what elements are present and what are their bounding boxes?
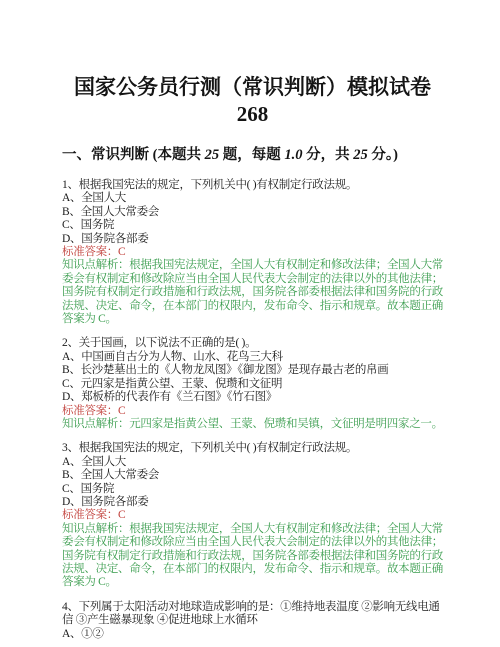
option-d: D、郑板桥的代表作有《兰石图》《竹石图》 — [62, 391, 443, 404]
question-text: 关于国画，以下说法不正确的是( )。 — [79, 337, 257, 349]
question-1: 1、根据我国宪法的规定，下列机关中( )有权制定行政法规。 A、全国人大 B、全… — [62, 179, 443, 326]
option-a: A、中国画自古分为人物、山水、花鸟三大科 — [62, 351, 443, 364]
question-stem: 1、根据我国宪法的规定，下列机关中( )有权制定行政法规。 — [62, 179, 443, 192]
option-c: C、国务院 — [62, 219, 443, 232]
option-a: A、全国人大 — [62, 456, 443, 469]
option-b: B、全国人大常委会 — [62, 206, 443, 219]
question-text: 下列属于太阳活动对地球造成影响的是：①维持地表温度 ②影响无线电通信 ③产生磁暴… — [62, 601, 440, 626]
section-paren-open: (本题共 — [149, 147, 205, 163]
exam-number: 268 — [62, 101, 443, 128]
standard-answer: 标准答案：C — [62, 509, 443, 522]
section-total-points: 25 — [353, 147, 368, 163]
option-d: D、国务院各部委 — [62, 496, 443, 509]
section-name: 一、常识判断 — [62, 147, 149, 163]
section-heading: 一、常识判断 (本题共 25 题，每题 1.0 分，共 25 分。) — [62, 147, 443, 164]
option-d: D、国务院各部委 — [62, 233, 443, 246]
section-question-count: 25 — [205, 147, 220, 163]
exam-title-line1: 国家公务员行测（常识判断）模拟试卷 — [62, 74, 443, 101]
section-suffix: 分。) — [368, 147, 398, 163]
option-a: A、全国人大 — [62, 192, 443, 205]
exam-title: 国家公务员行测（常识判断）模拟试卷 268 — [62, 74, 443, 128]
question-stem: 2、关于国画，以下说法不正确的是( )。 — [62, 337, 443, 350]
section-mid2: 分，共 — [302, 147, 353, 163]
section-points-each: 1.0 — [284, 147, 302, 163]
question-number: 1、 — [62, 179, 79, 191]
option-c: C、国务院 — [62, 483, 443, 496]
question-stem: 3、根据我国宪法的规定，下列机关中( )有权制定行政法规。 — [62, 442, 443, 455]
analysis: 知识点解析：根据我国宪法规定，全国人大有权制定和修改法律；全国人大常委会有权制定… — [62, 523, 443, 590]
question-number: 2、 — [62, 337, 79, 349]
option-b: B、长沙楚墓出土的《人物龙凤图》《御龙图》是现存最古老的帛画 — [62, 364, 443, 377]
question-3: 3、根据我国宪法的规定，下列机关中( )有权制定行政法规。 A、全国人大 B、全… — [62, 442, 443, 589]
question-number: 3、 — [62, 442, 79, 454]
question-text: 根据我国宪法的规定，下列机关中( )有权制定行政法规。 — [79, 179, 357, 191]
standard-answer: 标准答案：C — [62, 405, 443, 418]
question-4: 4、下列属于太阳活动对地球造成影响的是：①维持地表温度 ②影响无线电通信 ③产生… — [62, 601, 443, 641]
exam-page: 国家公务员行测（常识判断）模拟试卷 268 一、常识判断 (本题共 25 题，每… — [0, 0, 500, 647]
standard-answer: 标准答案：C — [62, 246, 443, 259]
section-mid1: 题，每题 — [219, 147, 284, 163]
analysis: 知识点解析：元四家是指黄公望、王蒙、倪瓒和吴镇，文征明是明四家之一。 — [62, 418, 443, 431]
question-2: 2、关于国画，以下说法不正确的是( )。 A、中国画自古分为人物、山水、花鸟三大… — [62, 337, 443, 431]
question-number: 4、 — [62, 601, 79, 613]
analysis: 知识点解析：根据我国宪法规定，全国人大有权制定和修改法律；全国人大常委会有权制定… — [62, 259, 443, 326]
option-b: B、全国人大常委会 — [62, 469, 443, 482]
question-list: 1、根据我国宪法的规定，下列机关中( )有权制定行政法规。 A、全国人大 B、全… — [62, 179, 443, 641]
question-stem: 4、下列属于太阳活动对地球造成影响的是：①维持地表温度 ②影响无线电通信 ③产生… — [62, 601, 443, 628]
question-text: 根据我国宪法的规定，下列机关中( )有权制定行政法规。 — [79, 442, 357, 454]
option-c: C、元四家是指黄公望、王蒙、倪瓒和文征明 — [62, 378, 443, 391]
option-a: A、①② — [62, 628, 443, 641]
